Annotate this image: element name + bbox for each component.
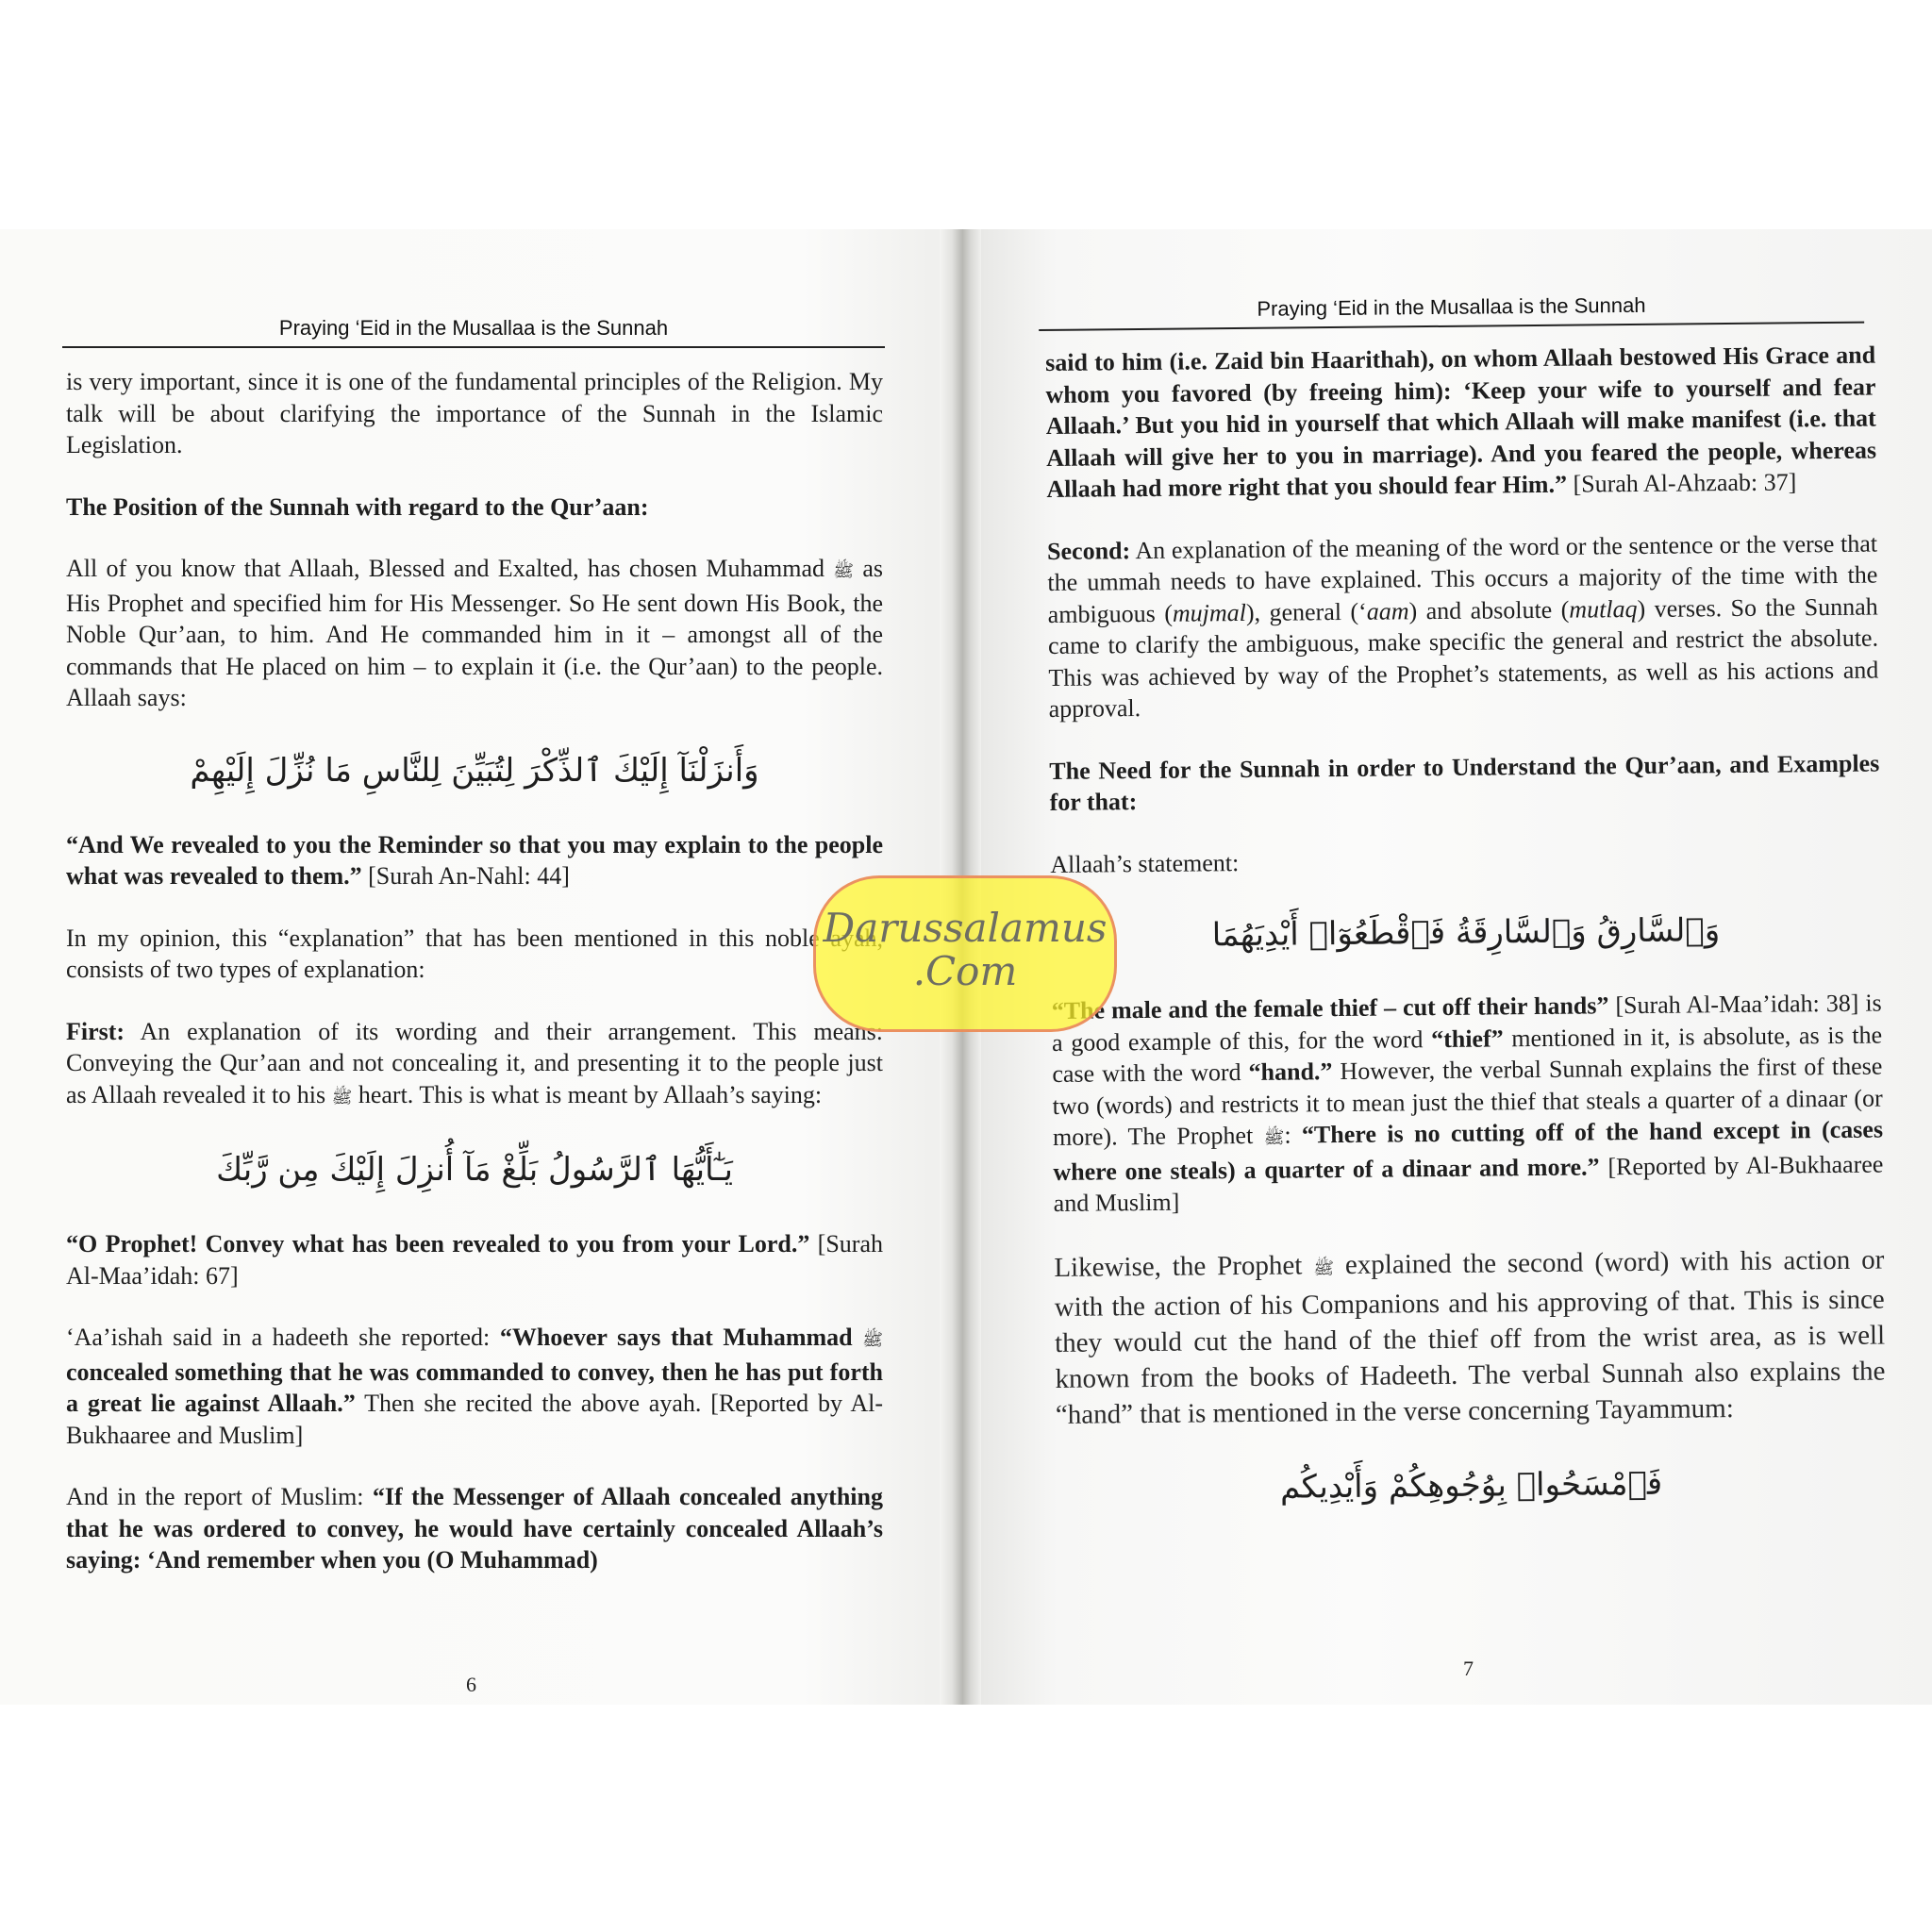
text-run: In my opinion, this “explanation” that h… bbox=[66, 924, 883, 984]
paragraph: ‘Aa’ishah said in a hadeeth she reported… bbox=[66, 1322, 883, 1451]
text-run: وَٱلسَّارِقُ وَٱلسَّارِقَةُ فَٱقْطَعُوٓا… bbox=[1212, 911, 1721, 954]
text-run: All of you know that Allaah, Blessed and… bbox=[66, 555, 833, 582]
running-head-title: Praying ‘Eid in the Musallaa is the Sunn… bbox=[279, 316, 668, 340]
paragraph: All of you know that Allaah, Blessed and… bbox=[66, 553, 883, 714]
quran-verse-arabic: وَأَنزَلْنَآ إِلَيْكَ ٱلذِّكْرَ لِتُبَيِ… bbox=[66, 744, 883, 797]
salutation-glyph-icon: ﷺ bbox=[1264, 1128, 1285, 1148]
paragraph: “The male and the female thief – cut off… bbox=[1052, 988, 1884, 1220]
page-body: said to him (i.e. Zaid bin Haarithah), o… bbox=[1045, 340, 1887, 1548]
paragraph: In my opinion, this “explanation” that h… bbox=[66, 923, 883, 986]
text-run: “thief” bbox=[1431, 1024, 1504, 1053]
salutation-glyph-icon: ﷺ bbox=[332, 1088, 353, 1108]
quran-verse-arabic: يَـٰٓأَيُّهَا ٱلرَّسُولُ بَلِّغْ مَآ أُن… bbox=[66, 1143, 883, 1196]
paragraph: Second: An explanation of the meaning of… bbox=[1047, 527, 1879, 724]
paragraph: And in the report of Muslim: “If the Mes… bbox=[66, 1481, 883, 1576]
text-run: aam bbox=[1367, 597, 1409, 625]
paragraph: Allaah’s statement: bbox=[1050, 841, 1880, 880]
header-rule bbox=[1039, 322, 1864, 331]
text-run: Likewise, the Prophet bbox=[1054, 1250, 1313, 1283]
text-run: heart. This is what is meant by Allaah’s… bbox=[352, 1081, 822, 1108]
text-run: mujmal bbox=[1173, 598, 1246, 626]
page-number: 7 bbox=[1463, 1657, 1474, 1681]
page-number: 6 bbox=[466, 1673, 476, 1697]
text-run: يَـٰٓأَيُّهَا ٱلرَّسُولُ بَلِّغْ مَآ أُن… bbox=[216, 1151, 733, 1189]
text-run: Allaah’s statement: bbox=[1050, 849, 1239, 878]
running-head: Praying ‘Eid in the Musallaa is the Sunn… bbox=[62, 316, 885, 341]
quran-verse-arabic: وَٱلسَّارِقُ وَٱلسَّارِقَةُ فَٱقْطَعُوٓا… bbox=[1051, 903, 1881, 963]
paragraph: said to him (i.e. Zaid bin Haarithah), o… bbox=[1045, 340, 1877, 506]
running-head: Praying ‘Eid in the Musallaa is the Sunn… bbox=[1039, 291, 1864, 324]
header-rule bbox=[62, 346, 885, 348]
text-run: “The male and the female thief – cut off… bbox=[1052, 991, 1609, 1024]
section-heading: The Position of the Sunnah with regard t… bbox=[66, 491, 883, 524]
text-run: mutlaq bbox=[1569, 594, 1638, 623]
text-run: The Position of the Sunnah with regard t… bbox=[66, 493, 649, 521]
text-run: is very important, since it is one of th… bbox=[66, 368, 883, 458]
salutation-glyph-icon: ﷺ bbox=[833, 561, 854, 581]
text-run: : bbox=[1284, 1121, 1302, 1148]
quran-verse-arabic: فَٱمْسَحُوا۟ بِوُجُوهِكُمْ وَأَيْدِيكُم bbox=[1056, 1455, 1886, 1515]
text-run: وَأَنزَلْنَآ إِلَيْكَ ٱلذِّكْرَ لِتُبَيِ… bbox=[190, 752, 758, 790]
text-run: Second: bbox=[1047, 537, 1130, 565]
paragraph: “O Prophet! Convey what has been reveale… bbox=[66, 1228, 883, 1291]
text-run: ), general (‘ bbox=[1246, 597, 1367, 625]
text-run: “Whoever says that Muhammad bbox=[500, 1324, 862, 1351]
text-run: فَٱمْسَحُوا۟ بِوُجُوهِكُمْ وَأَيْدِيكُم bbox=[1280, 1464, 1663, 1506]
salutation-glyph-icon: ﷺ bbox=[862, 1330, 883, 1350]
paragraph: Likewise, the Prophet ﷺ explained the se… bbox=[1054, 1241, 1886, 1432]
page-body: is very important, since it is one of th… bbox=[66, 366, 883, 1607]
text-run: “hand.” bbox=[1248, 1058, 1332, 1086]
watermark-line-1: Darussalamus bbox=[816, 907, 1114, 950]
text-run: First: bbox=[66, 1018, 125, 1045]
paragraph: is very important, since it is one of th… bbox=[66, 366, 883, 461]
text-run: ‘Aa’ishah said in a hadeeth she reported… bbox=[66, 1324, 500, 1351]
watermark-badge: Darussalamus .Com bbox=[813, 875, 1117, 1032]
text-run: [Surah Al-Ahzaab: 37] bbox=[1567, 468, 1797, 497]
watermark-line-2: .Com bbox=[816, 950, 1114, 993]
text-run: And in the report of Muslim: bbox=[66, 1483, 373, 1510]
paragraph: “And We revealed to you the Reminder so … bbox=[66, 829, 883, 892]
salutation-glyph-icon: ﷺ bbox=[1313, 1258, 1334, 1278]
text-run: The Need for the Sunnah in order to Unde… bbox=[1049, 749, 1879, 816]
paragraph: First: An explanation of its wording and… bbox=[66, 1016, 883, 1114]
text-run: [Surah An-Nahl: 44] bbox=[362, 862, 570, 890]
section-heading: The Need for the Sunnah in order to Unde… bbox=[1049, 747, 1880, 818]
text-run: “O Prophet! Convey what has been reveale… bbox=[66, 1230, 809, 1257]
running-head-title: Praying ‘Eid in the Musallaa is the Sunn… bbox=[1257, 293, 1645, 321]
left-page: Praying ‘Eid in the Musallaa is the Sunn… bbox=[0, 229, 943, 1705]
right-page: Praying ‘Eid in the Musallaa is the Sunn… bbox=[981, 229, 1932, 1705]
text-run: ) and absolute ( bbox=[1408, 595, 1569, 625]
